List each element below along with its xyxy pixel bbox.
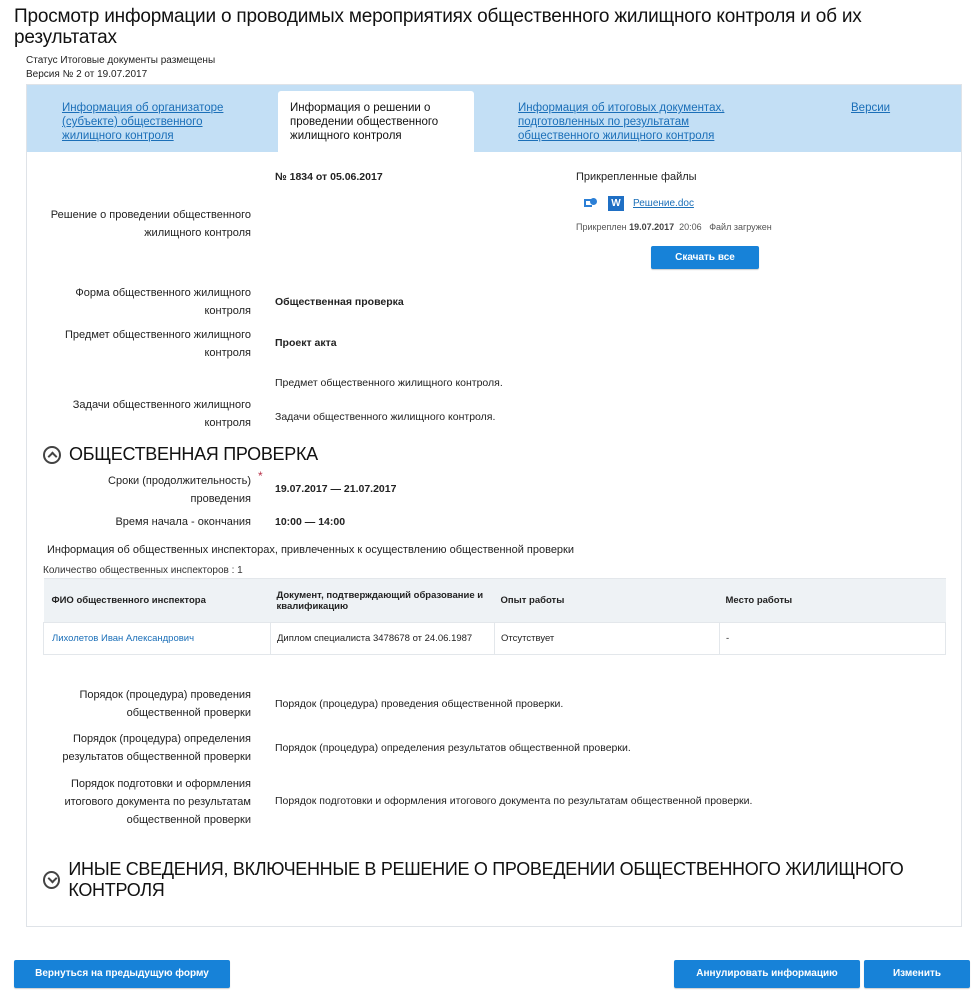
decision-number: № 1834 от 05.06.2017 [275, 171, 383, 183]
required-marker: * [258, 469, 263, 483]
chevron-up-icon[interactable] [43, 446, 61, 464]
form-label: Форма общественного жилищного контроля [27, 284, 251, 320]
results-value: Порядок (процедура) определения результа… [275, 742, 631, 754]
col-header-experience: Опыт работы [495, 579, 720, 623]
file-link[interactable]: Решение.doc [633, 198, 694, 209]
inspector-name-link[interactable]: Лихолетов Иван Александрович [44, 623, 271, 655]
tab-bar: Информация об организаторе (субъекте) об… [27, 85, 961, 152]
download-all-button[interactable]: Скачать все [651, 246, 759, 269]
content-card: Информация об организаторе (субъекте) об… [26, 84, 962, 927]
form-value: Общественная проверка [275, 296, 404, 308]
final-doc-label: Порядок подготовки и оформления итоговог… [27, 775, 251, 829]
tab-decision[interactable]: Информация о решении о проведении общест… [278, 91, 474, 153]
final-doc-value: Порядок подготовки и оформления итоговог… [275, 795, 752, 807]
version-text: Версия № 2 от 19.07.2017 [26, 69, 147, 80]
annul-button[interactable]: Аннулировать информацию [674, 960, 860, 988]
status-text: Статус Итоговые документы размещены [26, 55, 215, 66]
tab-organizer[interactable]: Информация об организаторе (субъекте) об… [62, 101, 242, 143]
subject-value: Проект акта [275, 337, 337, 349]
subject-text: Предмет общественного жилищного контроля… [275, 377, 503, 389]
inspectors-count: Количество общественных инспекторов : 1 [43, 565, 243, 576]
tab-final-documents[interactable]: Информация об итоговых документах, подго… [518, 101, 738, 143]
tab-versions[interactable]: Версии [851, 101, 890, 115]
edit-button[interactable]: Изменить [864, 960, 970, 988]
inspectors-title: Информация об общественных инспекторах, … [47, 544, 574, 556]
time-label: Время начала - окончания [27, 513, 251, 531]
file-row: W Решение.doc [584, 195, 694, 211]
subject-label: Предмет общественного жилищного контроля [27, 326, 251, 362]
inspector-experience: Отсутствует [495, 623, 720, 655]
other-section-header[interactable]: ИНЫЕ СВЕДЕНИЯ, ВКЛЮЧЕННЫЕ В РЕШЕНИЕ О ПР… [43, 859, 961, 901]
col-header-workplace: Место работы [720, 579, 946, 623]
other-section-title: ИНЫЕ СВЕДЕНИЯ, ВКЛЮЧЕННЫЕ В РЕШЕНИЕ О ПР… [68, 859, 961, 901]
col-header-document: Документ, подтверждающий образование и к… [271, 579, 495, 623]
period-label: Сроки (продолжительность) проведения [27, 472, 251, 508]
decision-label: Решение о проведении общественного жилищ… [27, 206, 251, 242]
page-title: Просмотр информации о проводимых меропри… [14, 6, 914, 48]
col-header-name: ФИО общественного инспектора [44, 579, 271, 623]
period-value: 19.07.2017 — 21.07.2017 [275, 483, 396, 495]
word-icon: W [608, 196, 624, 211]
chevron-down-icon[interactable] [43, 871, 60, 889]
inspectors-table: ФИО общественного инспектора Документ, п… [43, 578, 946, 655]
procedure-label: Порядок (процедура) проведения обществен… [27, 686, 251, 722]
inspection-section-header[interactable]: ОБЩЕСТВЕННАЯ ПРОВЕРКА [43, 444, 318, 465]
tasks-value: Задачи общественного жилищного контроля. [275, 411, 495, 423]
tasks-label: Задачи общественного жилищного контроля [27, 396, 251, 432]
table-row: Лихолетов Иван Александрович Диплом спец… [44, 623, 946, 655]
inspector-workplace: - [720, 623, 946, 655]
certificate-icon[interactable] [584, 198, 598, 209]
attached-files-title: Прикрепленные файлы [576, 171, 697, 183]
back-button[interactable]: Вернуться на предыдущую форму [14, 960, 230, 988]
results-label: Порядок (процедура) определения результа… [27, 730, 251, 766]
inspection-section-title: ОБЩЕСТВЕННАЯ ПРОВЕРКА [69, 444, 318, 465]
procedure-value: Порядок (процедура) проведения обществен… [275, 698, 563, 710]
inspector-document: Диплом специалиста 3478678 от 24.06.1987 [271, 623, 495, 655]
time-value: 10:00 — 14:00 [275, 516, 345, 528]
attached-info: Прикреплен 19.07.2017 20:06 Файл загруже… [576, 222, 772, 232]
